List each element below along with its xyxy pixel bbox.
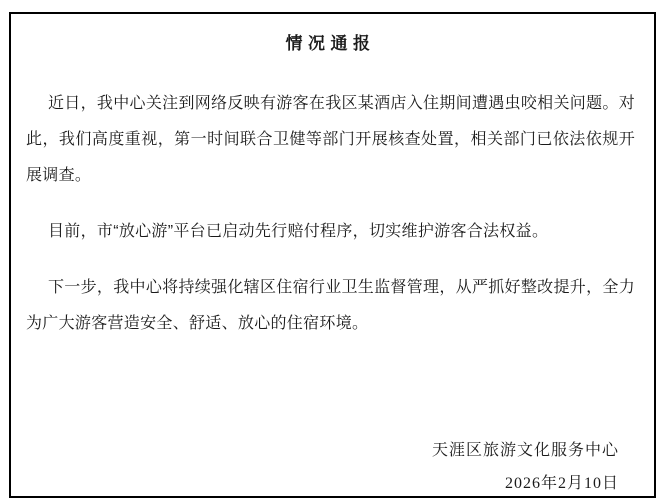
notice-border: 情况通报 近日，我中心关注到网络反映有游客在我区某酒店入住期间遭遇虫咬相关问题。… <box>9 12 656 498</box>
notice-paragraph-3: 下一步，我中心将持续强化辖区住宿行业卫生监督管理，从严抓好整改提升，全力为广大游… <box>26 270 635 342</box>
notice-body: 近日，我中心关注到网络反映有游客在我区某酒店入住期间遭遇虫咬相关问题。对此，我们… <box>26 86 635 342</box>
signature-org: 天涯区旅游文化服务中心 <box>11 434 619 467</box>
signature-block: 天涯区旅游文化服务中心 2026年2月10日 <box>11 434 654 500</box>
notice-paragraph-2: 目前，市“放心游”平台已启动先行赔付程序，切实维护游客合法权益。 <box>26 214 635 250</box>
signature-date: 2026年2月10日 <box>11 467 619 500</box>
notice-page: 情况通报 近日，我中心关注到网络反映有游客在我区某酒店入住期间遭遇虫咬相关问题。… <box>0 0 663 502</box>
notice-paragraph-1: 近日，我中心关注到网络反映有游客在我区某酒店入住期间遭遇虫咬相关问题。对此，我们… <box>26 86 635 194</box>
notice-title: 情况通报 <box>26 34 635 54</box>
